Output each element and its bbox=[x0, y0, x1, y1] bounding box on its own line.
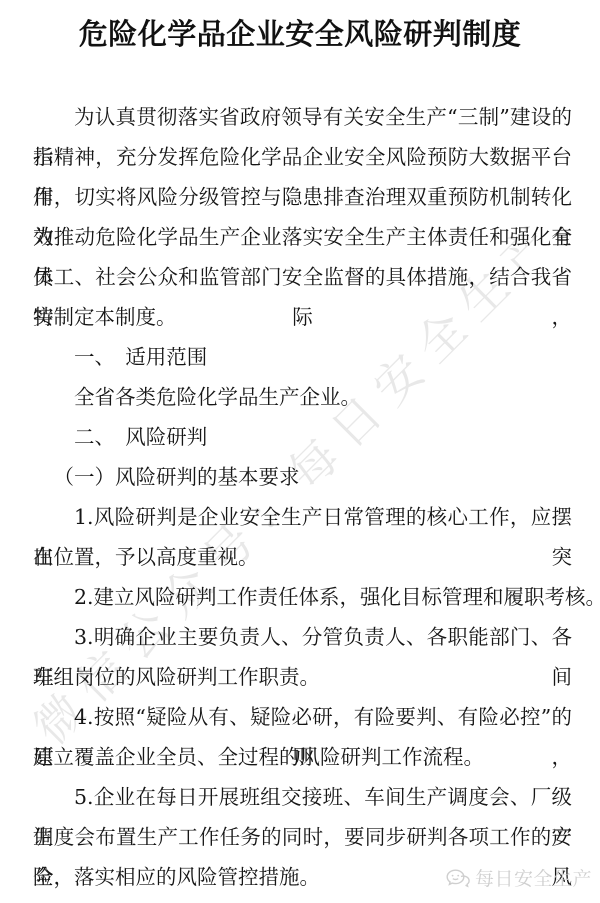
document-page: 微信公众号：每日安全生产 危险化学品企业安全风险研判制度 为认真贯彻落实省政府领… bbox=[0, 0, 600, 903]
doc-line: 4.按照“疑险从有、疑险必研，有险要判、有险必控”的原则， bbox=[33, 697, 572, 737]
page-title: 危险化学品企业安全风险研判制度 bbox=[0, 0, 600, 56]
doc-line: 调度会布置生产工作任务的同时，要同步研判各项工作的安全风 bbox=[33, 817, 572, 857]
doc-line: 2.建立风险研判工作责任体系，强化目标管理和履职考核。 bbox=[33, 577, 572, 617]
doc-line: 5.企业在每日开展班组交接班、车间生产调度会、厂级生产 bbox=[33, 777, 572, 817]
doc-line: 效推动危险化学品生产企业落实安全生产主体责任和强化全体 bbox=[33, 217, 572, 257]
doc-line: 全省各类危险化学品生产企业。 bbox=[33, 377, 572, 417]
doc-line: 用，切实将风险分级管控与隐患排查治理双重预防机制转化为有 bbox=[33, 177, 572, 217]
doc-line: 为认真贯彻落实省政府领导有关安全生产“三制”建设的指 bbox=[33, 97, 572, 137]
doc-line-subsection: （一）风险研判的基本要求 bbox=[33, 457, 572, 497]
document-body: 为认真贯彻落实省政府领导有关安全生产“三制”建设的指 示精神，充分发挥危险化学品… bbox=[0, 97, 600, 897]
doc-line-section-1: 一、 适用范围 bbox=[33, 337, 572, 377]
footer-brand-text: 每日安全生产 bbox=[475, 867, 592, 891]
doc-line: 3.明确企业主要负责人、分管负责人、各职能部门、各车间 bbox=[33, 617, 572, 657]
doc-line: 示精神，充分发挥危险化学品企业安全风险预防大数据平台作 bbox=[33, 137, 572, 177]
wechat-smiley-logo-icon bbox=[445, 867, 471, 891]
doc-line-section-2: 二、 风险研判 bbox=[33, 417, 572, 457]
footer-brand: 每日安全生产 bbox=[445, 867, 592, 891]
doc-line: 员工、社会公众和监管部门安全监督的具体措施，结合我省实际， bbox=[33, 257, 572, 297]
doc-line: 1.风险研判是企业安全生产日常管理的核心工作，应摆在突 bbox=[33, 497, 572, 537]
